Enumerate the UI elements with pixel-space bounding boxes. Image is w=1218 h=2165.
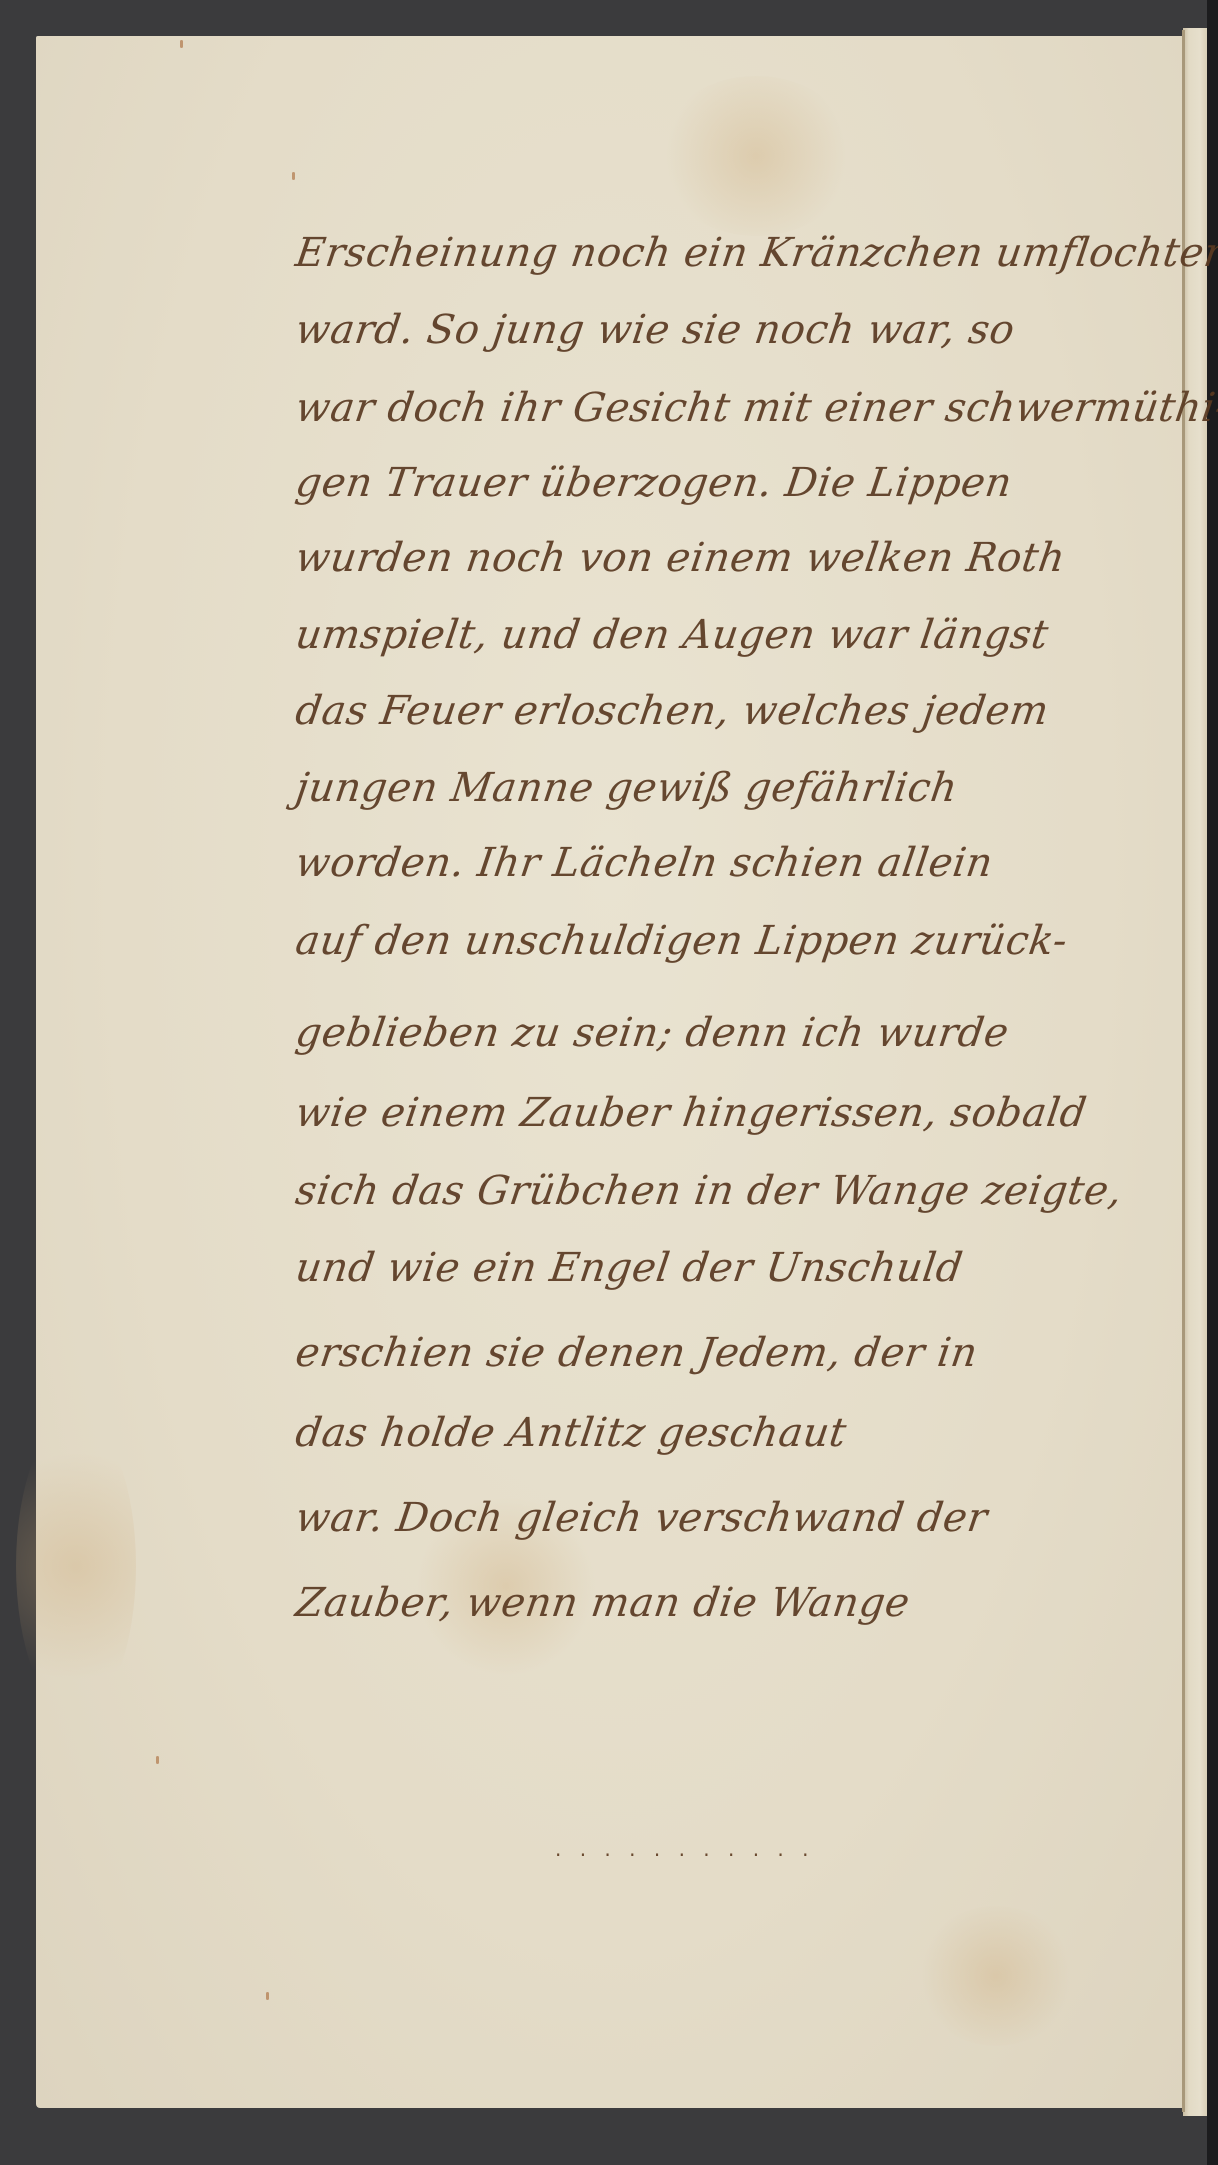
text-line: auf den unschuldigen Lippen zurück-	[293, 918, 1071, 964]
text-line: wurden noch von einem welken Roth	[293, 535, 1068, 581]
text-line: jungen Manne gewiß gefährlich	[293, 765, 961, 811]
text-line: war doch ihr Gesicht mit einer schwermüt…	[293, 385, 1218, 431]
text-line: wie einem Zauber hingerissen, sobald	[293, 1090, 1090, 1136]
text-line: ward. So jung wie sie noch war, so	[293, 307, 1018, 353]
text-line: umspielt, und den Augen war längst	[293, 612, 1052, 658]
text-line: gen Trauer überzogen. Die Lippen	[293, 460, 1015, 506]
text-line: war. Doch gleich verschwand der	[293, 1495, 991, 1541]
text-line: sich das Grübchen in der Wange zeigte,	[293, 1168, 1125, 1214]
handwritten-text: Erscheinung noch ein Kränzchen umflochte…	[0, 0, 1218, 2165]
text-line: das holde Antlitz geschaut	[293, 1410, 850, 1456]
footer-ink-marks: · · · · · · · · · · ·	[555, 1843, 815, 1867]
text-line: Zauber, wenn man die Wange	[293, 1580, 913, 1626]
text-line: worden. Ihr Lächeln schien allein	[293, 840, 996, 886]
text-line: geblieben zu sein; denn ich wurde	[293, 1010, 1012, 1056]
text-line: erschien sie denen Jedem, der in	[293, 1330, 981, 1376]
text-line: das Feuer erloschen, welches jedem	[293, 688, 1052, 734]
text-line: und wie ein Engel der Unschuld	[293, 1245, 966, 1291]
text-line: Erscheinung noch ein Kränzchen umflochte…	[293, 230, 1218, 276]
